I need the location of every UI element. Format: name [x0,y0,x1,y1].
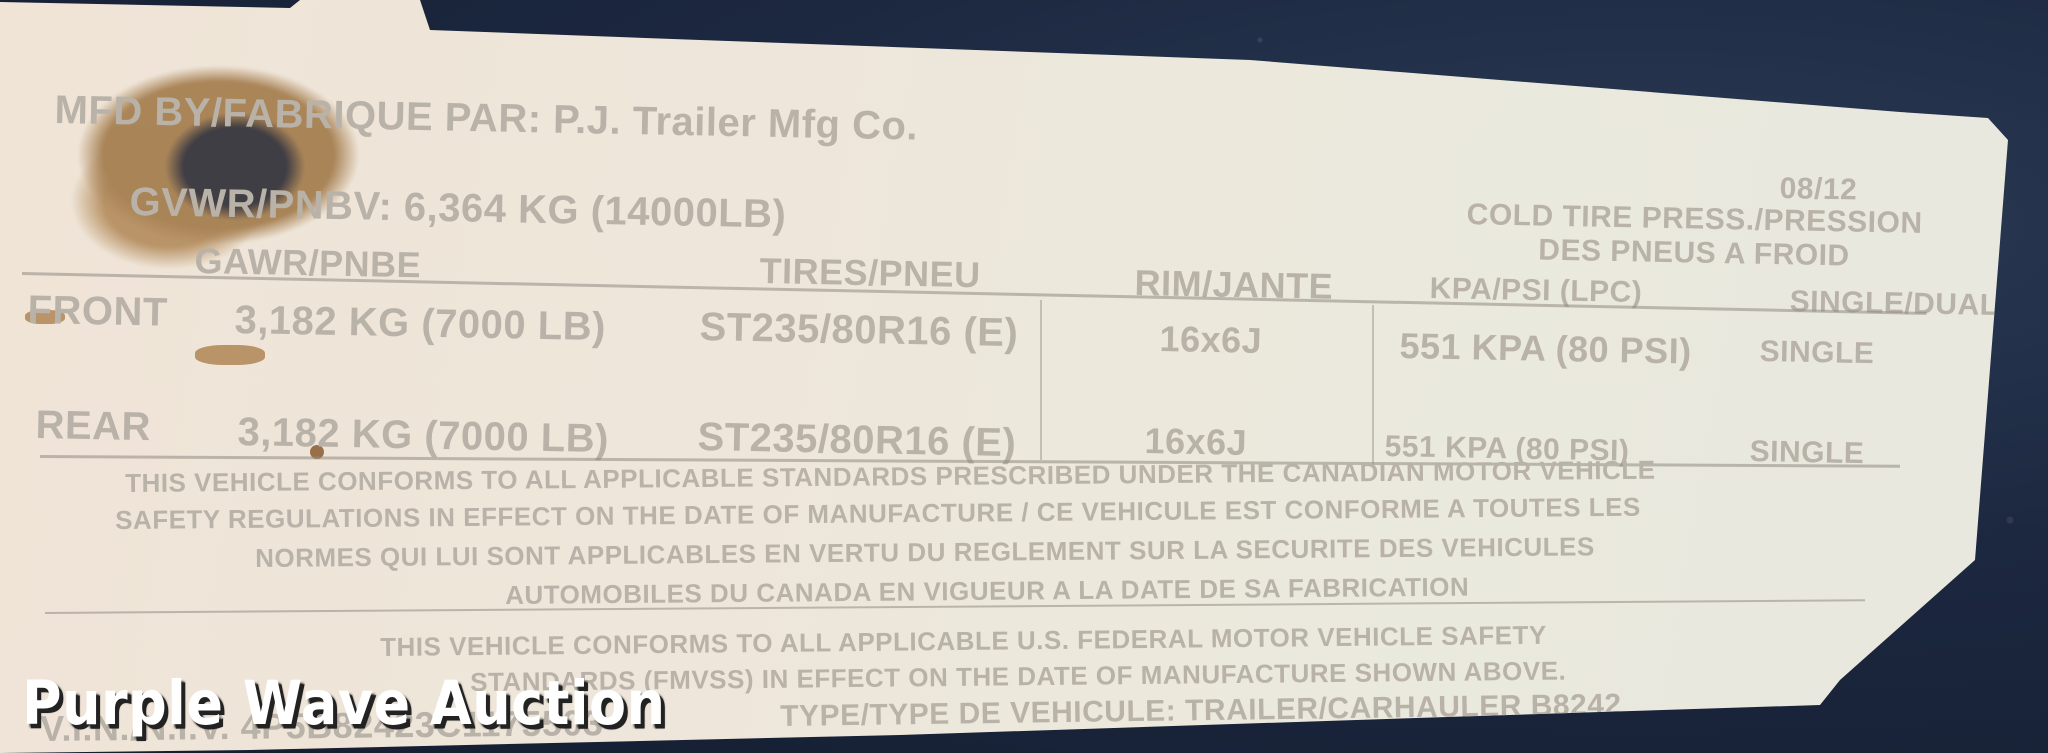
single-dual-value: SINGLE [1759,335,1874,371]
tire-size: ST235/80R16 (E) [699,305,1019,356]
column-header-single-dual: SINGLE/DUAL [1789,285,1998,323]
gawr-value: 3,182 KG (7000 LB) [234,298,606,350]
statement-line: NORMES QUI LUI SONT APPLICABLES EN VERTU… [255,531,1595,574]
statement-line: SAFETY REGULATIONS IN EFFECT ON THE DATE… [115,492,1641,536]
date-of-manufacture: 08/12 [1779,172,1857,207]
damaged-area [70,40,400,270]
table-column-divider [1372,305,1374,465]
column-header-cold-pressure: COLD TIRE PRESS./PRESSION DES PNEUS A FR… [1459,198,1930,275]
tire-pressure: 551 KPA (80 PSI) [1399,325,1692,373]
auction-watermark: Purple Wave Auction [22,668,666,739]
statement-line: THIS VEHICLE CONFORMS TO ALL APPLICABLE … [125,455,1656,499]
stain-mark [195,345,265,365]
axle-label: FRONT [27,288,168,336]
certification-label: MFD BY/FABRIQUE PAR: P.J. Trailer Mfg Co… [0,0,2048,753]
table-column-divider [1040,300,1042,460]
axle-label: REAR [35,403,151,450]
gawr-value: 3,182 KG (7000 LB) [237,410,609,462]
rim-size: 16x6J [1159,318,1262,362]
statement-line: THIS VEHICLE CONFORMS TO ALL APPLICABLE … [380,620,1547,663]
